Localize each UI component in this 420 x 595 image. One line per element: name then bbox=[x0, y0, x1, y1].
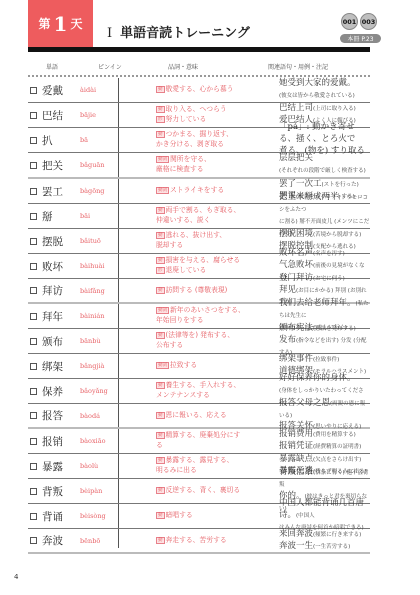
meaning: 動反逆する、背く、裏切る bbox=[151, 486, 274, 496]
pinyin: bǎguān bbox=[78, 161, 151, 169]
checkbox[interactable] bbox=[30, 213, 37, 220]
pos-tag: 動 bbox=[156, 207, 165, 214]
meaning-line: 脱却する bbox=[156, 241, 183, 249]
example-zh: 摆脱困境 bbox=[279, 229, 313, 239]
pinyin: bàihuài bbox=[78, 262, 151, 270]
example-ja: (苦境から脱却する) bbox=[313, 232, 361, 238]
example-ja: (欠点をさらけ出す) bbox=[313, 457, 361, 463]
pos-tag: 動 bbox=[156, 412, 165, 419]
meaning-line: つかまる、掘り返す、 bbox=[166, 130, 233, 138]
word: 颁布 bbox=[42, 334, 78, 349]
example-ja: (憲法を発布する) bbox=[313, 326, 356, 332]
example-zh: 罢了一次工 bbox=[279, 179, 322, 189]
pinyin: bājie bbox=[78, 111, 151, 119]
checkbox[interactable] bbox=[30, 112, 37, 119]
example-zh: 绑架事件 bbox=[279, 354, 313, 364]
word: 把关 bbox=[42, 158, 78, 173]
table-row: 扒 bā 動つかまる、掘り返す、かき分ける、剥ぎ取る 「pá」: 動かき寄せる、… bbox=[28, 128, 370, 153]
example-ja: (一生苦労する) bbox=[313, 544, 350, 550]
section-title: I 単語音読トレーニング bbox=[107, 22, 250, 41]
word: 报销 bbox=[42, 434, 78, 449]
meaning-line: 努力している bbox=[166, 115, 207, 123]
pinyin: bàgōng bbox=[78, 187, 151, 195]
pos-tag: 動 bbox=[156, 382, 165, 389]
col-word: 単語 bbox=[46, 62, 58, 71]
pinyin: bēnbō bbox=[78, 537, 151, 545]
word: 绑架 bbox=[42, 359, 78, 374]
pos-tag: 動詞 bbox=[156, 187, 169, 194]
word: 保养 bbox=[42, 384, 78, 399]
word: 罢工 bbox=[42, 184, 78, 199]
meaning: 動詞新年のあいさつをする、年始回りをする bbox=[151, 306, 274, 326]
pinyin: àidài bbox=[78, 86, 151, 94]
table-row: 报答 bàodá 動恩に報いる、応える 报答父母之恩(両親の恩に報いる)报答关怀… bbox=[28, 404, 370, 429]
example-zh: 气急败坏 bbox=[279, 260, 313, 270]
section-roman: I bbox=[107, 26, 112, 41]
checkbox[interactable] bbox=[30, 513, 37, 520]
example-ja: (中国人 bbox=[296, 513, 315, 519]
meaning-line: 両手で割る、もぎ取る、 bbox=[166, 206, 241, 214]
examples: 报销费用(費用を精算する)报销凭证(経費精算の証明書) bbox=[274, 429, 370, 453]
meaning: 動逃れる、抜け出す、脱却する bbox=[151, 231, 274, 251]
checkbox[interactable] bbox=[30, 263, 37, 270]
examples: 层层把关(それぞれの段階で厳しく検査する) bbox=[274, 153, 370, 177]
col-examples: 関連語句・用例・注記 bbox=[268, 62, 328, 71]
pos-tag: 動 bbox=[156, 106, 165, 113]
example-ja: (ストを行った) bbox=[322, 182, 359, 188]
audio-tracks: 001 003 bbox=[341, 13, 377, 30]
col-pinyin: ピンイン bbox=[98, 62, 122, 71]
pos-tag: 動 bbox=[156, 131, 165, 138]
meaning-line: 退廃している bbox=[166, 266, 207, 274]
example-zh: 暴露缺点 bbox=[279, 454, 313, 464]
meaning-line: 養生する、手入れする、 bbox=[166, 381, 241, 389]
example-zh: 颁布宪法 bbox=[279, 323, 313, 333]
pinyin: bèisòng bbox=[78, 512, 151, 520]
word: 报答 bbox=[42, 408, 78, 423]
day-number: 1 bbox=[54, 12, 68, 36]
checkbox[interactable] bbox=[30, 238, 37, 245]
meaning-line: 仲違いする、説く bbox=[156, 216, 210, 224]
pos-tag: 動 bbox=[156, 232, 165, 239]
meaning: 動つかまる、掘り返す、かき分ける、剥ぎ取る bbox=[151, 130, 274, 150]
pinyin: bèipàn bbox=[78, 487, 151, 495]
example-ja: (お宅に伺う) bbox=[313, 276, 345, 282]
table-row: 把关 bǎguān 動詞関所を守る、厳格に検査する 层层把关(それぞれの段階で厳… bbox=[28, 153, 370, 179]
meaning: 動損害を与える、腐らせる形退廃している bbox=[151, 256, 274, 276]
example-zh: 奔波一生 bbox=[279, 541, 313, 551]
meaning-line: 公布する bbox=[156, 341, 183, 349]
meaning: 動養生する、手入れする、メンテナンスする bbox=[151, 381, 274, 401]
meaning: 動敬愛する、心から慕う bbox=[151, 85, 274, 95]
pos-tag: 動 bbox=[156, 487, 165, 494]
checkbox[interactable] bbox=[30, 188, 37, 195]
meaning: 動詞ストライキをする bbox=[151, 186, 274, 196]
example-zh: 来回奔波 bbox=[279, 529, 313, 539]
example-ja: (彼女は皆から敬愛されている) bbox=[279, 93, 355, 99]
meaning-line: (法律等を) 発布する、 bbox=[166, 331, 235, 339]
meaning: 動訪問する (尊敬表現) bbox=[151, 286, 274, 296]
meaning-line: 年始回りをする bbox=[156, 316, 204, 324]
meaning-line: 奔走する、苦労する bbox=[166, 536, 227, 544]
table-row: 掰 bāi 動両手で割る、もぎ取る、仲違いする、説く 把玉米掰成两半(トウモロコ… bbox=[28, 204, 370, 229]
example-zh: 巴结上司 bbox=[279, 103, 313, 113]
pos-tag: 動 bbox=[156, 257, 165, 264]
table-row: 报销 bàoxiāo 動精算する、廃棄処分にする 报销费用(費用を精算する)报销… bbox=[28, 429, 370, 454]
word: 扒 bbox=[42, 133, 78, 148]
meaning-line: 厳格に検査する bbox=[156, 165, 204, 173]
pos-tag: 動 bbox=[156, 287, 165, 294]
dotted-divider bbox=[28, 75, 370, 77]
checkbox[interactable] bbox=[30, 463, 37, 470]
examples: 她受到大家的爱戴。(彼女は皆から敬愛されている) bbox=[274, 78, 370, 102]
pos-tag: 動詞 bbox=[156, 156, 169, 163]
meaning-line: 訪問する (尊敬表現) bbox=[166, 286, 228, 294]
table-row: 颁布 bānbù 動(法律等を) 発布する、公布する 颁布宪法(憲法を発布する)… bbox=[28, 329, 370, 354]
word: 背诵 bbox=[42, 509, 78, 524]
word: 拜年 bbox=[42, 309, 78, 324]
meaning: 動暗唱する bbox=[151, 511, 274, 521]
table-row: 奔波 bēnbō 動奔走する、苦労する 来回奔波(頻繁に行き来する)奔波一生(一… bbox=[28, 529, 370, 554]
audio-track-icon[interactable]: 001 bbox=[341, 13, 358, 30]
meaning: 動取り入る、へつらう形努力している bbox=[151, 105, 274, 125]
example-zh: 把玉米掰成两半 bbox=[279, 192, 339, 202]
examples: 来回奔波(頻繁に行き来する)奔波一生(一生苦労する) bbox=[274, 529, 370, 553]
checkbox[interactable] bbox=[30, 162, 37, 169]
word: 摆脱 bbox=[42, 234, 78, 249]
word: 暴露 bbox=[42, 459, 78, 474]
title-divider bbox=[28, 47, 370, 52]
day-suffix: 天 bbox=[70, 15, 82, 32]
table-row: 背诵 bèisòng 動暗唱する 中国人都能背诵几首唐诗。(中国人はみんな唐詩を… bbox=[28, 504, 370, 529]
meaning: 動(法律等を) 発布する、公布する bbox=[151, 331, 274, 351]
example-zh: 报销凭证 bbox=[279, 441, 313, 451]
meaning-line: 拉致する bbox=[170, 361, 197, 369]
page-number: 4 bbox=[14, 573, 18, 581]
example-ja: (名声を汚す) bbox=[313, 251, 345, 257]
example-ja: (上司に取り入る) bbox=[313, 106, 356, 112]
pinyin: bàifǎng bbox=[78, 287, 151, 295]
checkbox[interactable] bbox=[30, 412, 37, 419]
example-zh: 中国人都能背诵几首唐诗。 bbox=[279, 498, 364, 520]
section-title-text: 単語音読トレーニング bbox=[120, 22, 250, 41]
meaning-line: る bbox=[156, 441, 163, 449]
pinyin: bā bbox=[78, 136, 151, 144]
col-meaning: 品詞・意味 bbox=[168, 62, 198, 71]
meaning-line: 関所を守る、 bbox=[170, 155, 211, 163]
meaning: 動奔走する、苦労する bbox=[151, 536, 274, 546]
word: 背叛 bbox=[42, 484, 78, 499]
meaning-line: 暗唱する bbox=[166, 511, 193, 519]
book-ref-badge: 本冊 P.23 bbox=[340, 34, 381, 43]
meaning: 動詞関所を守る、厳格に検査する bbox=[151, 155, 274, 175]
pinyin: bǎoyǎng bbox=[78, 387, 151, 395]
meaning-line: メンテナンスする bbox=[156, 391, 210, 399]
example-zh: 背叛信条 bbox=[279, 467, 313, 477]
example-zh: 她受到大家的爱戴。 bbox=[279, 78, 356, 88]
meaning-line: 反逆する、背く、裏切る bbox=[166, 486, 241, 494]
day-prefix: 第 bbox=[39, 15, 51, 32]
meaning: 動恩に報いる、応える bbox=[151, 411, 274, 421]
meaning: 動暴露する、露見する、明るみに出る bbox=[151, 456, 274, 476]
pos-tag: 動 bbox=[156, 86, 165, 93]
meaning-line: 取り入る、へつらう bbox=[166, 105, 227, 113]
pinyin: bānbù bbox=[78, 337, 151, 345]
meaning-line: 逃れる、抜け出す、 bbox=[166, 231, 227, 239]
pinyin: bàolù bbox=[78, 462, 151, 470]
example-zh: 败坏名声 bbox=[279, 248, 313, 258]
word: 奔波 bbox=[42, 533, 78, 548]
pos-tag: 動 bbox=[156, 512, 165, 519]
meaning: 動両手で割る、もぎ取る、仲違いする、説く bbox=[151, 206, 274, 226]
meaning-line: 精算する、廃棄処分にす bbox=[166, 431, 241, 439]
meaning: 動詞拉致する bbox=[151, 361, 274, 371]
example-zh: 好好保养你的身体。 bbox=[279, 373, 356, 383]
examples: 报答父母之恩(両親の恩に報いる)报答关怀(思いやりに応える) bbox=[274, 398, 370, 434]
meaning-line: 恩に報いる、応える bbox=[166, 411, 227, 419]
checkbox[interactable] bbox=[30, 438, 37, 445]
checkbox[interactable] bbox=[30, 87, 37, 94]
example-zh: 层层把关 bbox=[279, 153, 313, 163]
word: 败坏 bbox=[42, 259, 78, 274]
pinyin: bàodá bbox=[78, 412, 151, 420]
checkbox[interactable] bbox=[30, 363, 37, 370]
word: 爱戴 bbox=[42, 83, 78, 98]
checkbox[interactable] bbox=[30, 338, 37, 345]
example-zh: 发布 bbox=[279, 335, 296, 345]
example-zh: 拜见 bbox=[279, 285, 296, 295]
pos-tag: 動 bbox=[156, 537, 165, 544]
meaning-line: かき分ける、剥ぎ取る bbox=[156, 140, 224, 148]
checkbox[interactable] bbox=[30, 537, 37, 544]
pos-tag: 形 bbox=[156, 116, 165, 123]
checkbox[interactable] bbox=[30, 287, 37, 294]
meaning-line: 新年のあいさつをする、 bbox=[170, 306, 245, 314]
meaning-line: ストライキをする bbox=[170, 186, 224, 194]
checkbox[interactable] bbox=[30, 137, 37, 144]
vocab-table: 爱戴 àidài 動敬愛する、心から慕う 她受到大家的爱戴。(彼女は皆から敬愛さ… bbox=[28, 78, 370, 554]
example-zh: 「pá」: 動かき寄せる、掻く、とろ火で bbox=[279, 122, 355, 144]
word: 拜访 bbox=[42, 283, 78, 298]
pos-tag: 形 bbox=[156, 267, 165, 274]
example-zh: 我们去给老师拜年。 bbox=[279, 298, 356, 308]
example-ja: (頻繁に行き来する) bbox=[313, 532, 361, 538]
table-row: 爱戴 àidài 動敬愛する、心から慕う 她受到大家的爱戴。(彼女は皆から敬愛さ… bbox=[28, 78, 370, 103]
meaning-line: 敬愛する、心から慕う bbox=[166, 85, 234, 93]
example-zh: 报答父母之恩 bbox=[279, 398, 330, 408]
pos-tag: 動 bbox=[156, 432, 165, 439]
example-zh: 报销费用 bbox=[279, 429, 313, 439]
pos-tag: 動 bbox=[156, 332, 165, 339]
example-ja: (それぞれの段階で厳しく検査する) bbox=[279, 168, 366, 174]
checkbox[interactable] bbox=[30, 388, 37, 395]
audio-track-icon[interactable]: 003 bbox=[360, 13, 377, 30]
checkbox[interactable] bbox=[30, 313, 37, 320]
example-ja: (経費精算の証明書) bbox=[313, 444, 361, 450]
pinyin: bāi bbox=[78, 212, 151, 220]
example-ja: (拉致事件) bbox=[313, 357, 339, 363]
pos-tag: 動詞 bbox=[156, 362, 169, 369]
word: 掰 bbox=[42, 209, 78, 224]
pinyin: bàoxiāo bbox=[78, 437, 151, 445]
pinyin: bǎituō bbox=[78, 237, 151, 245]
pinyin: bàinián bbox=[78, 312, 151, 320]
meaning-line: 損害を与える、腐らせる bbox=[166, 256, 241, 264]
example-zh: 登门拜访 bbox=[279, 273, 313, 283]
meaning-line: 暴露する、露見する、 bbox=[166, 456, 234, 464]
word: 巴结 bbox=[42, 108, 78, 123]
meaning-line: 明るみに出る bbox=[156, 466, 197, 474]
pos-tag: 動詞 bbox=[156, 307, 169, 314]
pinyin: bǎngjià bbox=[78, 362, 151, 370]
meaning: 動精算する、廃棄処分にする bbox=[151, 431, 274, 451]
checkbox[interactable] bbox=[30, 488, 37, 495]
example-ja: (費用を精算する) bbox=[313, 432, 356, 438]
pos-tag: 動 bbox=[156, 457, 165, 464]
day-badge: 第 1 天 bbox=[28, 0, 93, 47]
column-headers: 単語 ピンイン 品詞・意味 関連語句・用例・注記 bbox=[28, 62, 370, 72]
